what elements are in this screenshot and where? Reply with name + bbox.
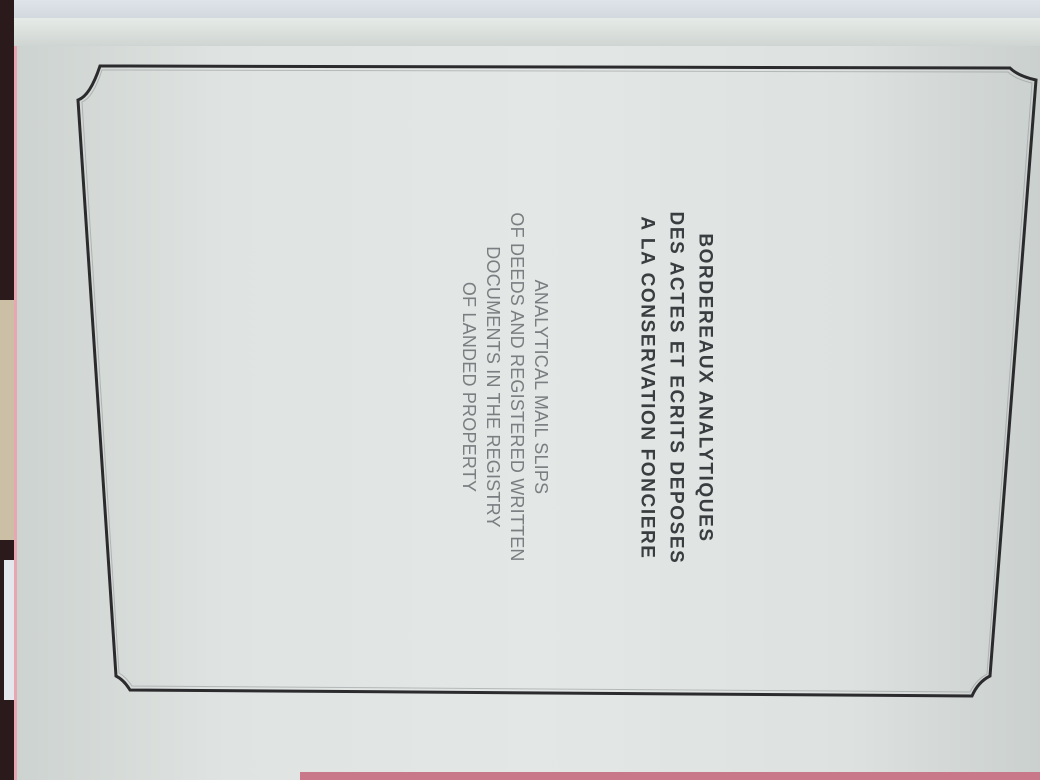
subtitle-line-2: OF DEEDS AND REGISTERED WRITTEN <box>505 212 529 561</box>
subtitle-line-3: DOCUMENTS IN THE REGISTRY <box>481 212 505 561</box>
subtitle-line-1: ANALYTICAL MAIL SLIPS <box>529 212 553 561</box>
title-line-1: BORDEREAUX ANALYTIQUES <box>691 212 720 565</box>
title-line-2: DES ACTES ET ECRITS DEPOSES <box>662 212 691 565</box>
title-line-3: A LA CONSERVATION FONCIERE <box>633 212 662 565</box>
subtitle-line-4: OF LANDED PROPERTY <box>457 212 481 561</box>
